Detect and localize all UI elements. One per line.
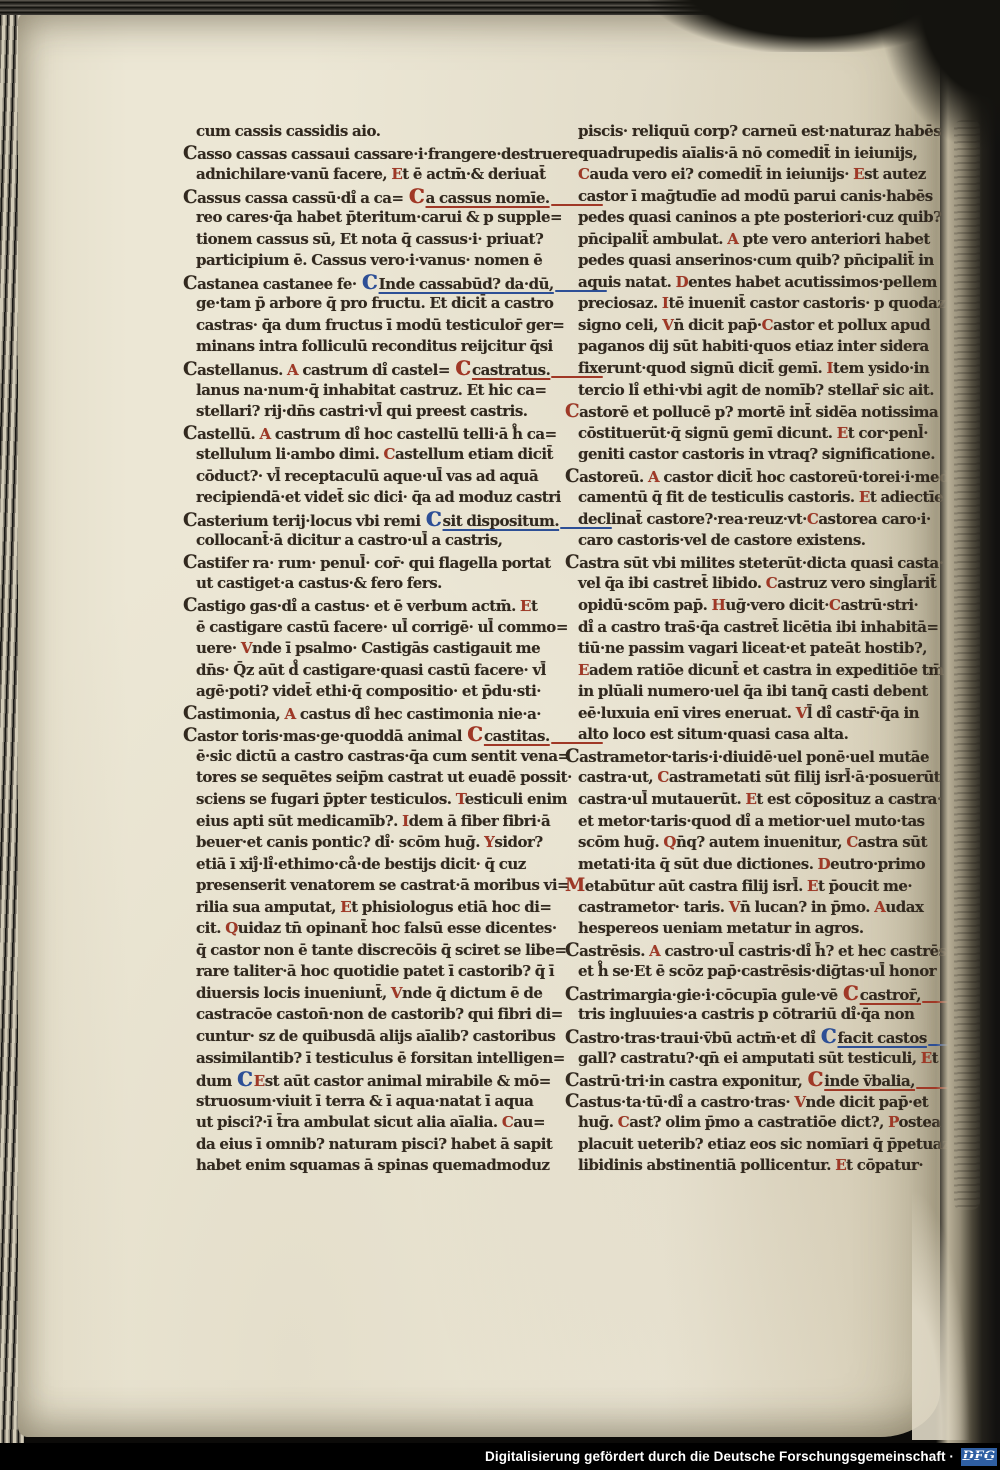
rubricated-phrase: castratus.	[472, 361, 550, 379]
rubricated-letter: C	[657, 768, 668, 786]
text-line: reo cares·q̄a habet p̄teritum·carui & p …	[183, 207, 535, 229]
text-line: castra·ul̄ mutauerūt. Et est cōposituz a…	[565, 789, 917, 811]
rubricated-letter: C	[762, 316, 773, 334]
text-line: agē·poti? videt̄ ethi·q̄ compositio· et …	[183, 681, 535, 703]
digitization-caption-bar: Digitalisierung gefördert durch die Deut…	[0, 1443, 1000, 1470]
rubricated-letter: A	[649, 942, 660, 960]
rubricated-letter: I	[827, 359, 834, 377]
text-line: Metabūtur aūt castra filij isrl̄. Et p̄o…	[565, 875, 917, 897]
text-line: dn̄s· Q̄z aūt d̊ castigare·quasi castū f…	[183, 660, 535, 682]
text-line: pedes quasi caninos a pte posteriori·cuz…	[565, 207, 917, 229]
rubricated-letter: E	[578, 661, 589, 679]
text-line: Castigo gas·di̊ a castus· et ē verbum ac…	[183, 595, 535, 617]
text-line: tris ingluuies·a castris p cōtrariū di̊·…	[565, 1004, 917, 1026]
text-line: lanus na·num·q̄ inhabitat castruz. Et hi…	[183, 380, 535, 402]
text-line: aquis natat. Dentes habet acutissimos·pe…	[565, 272, 917, 294]
rubricated-letter: V	[794, 1093, 805, 1111]
text-line: tionem cassus sū, Et nota q̄ cassus·i· p…	[183, 229, 535, 251]
adjacent-page-text-edge	[954, 120, 980, 1211]
rubricated-phrase: castitas.	[484, 727, 550, 745]
text-line: paganos dij sūt habiti·quos etiaz inter …	[565, 336, 917, 358]
rubricated-letter: E	[340, 898, 351, 916]
text-line: piscis· reliquū corp? carneū est·naturaz…	[565, 121, 917, 143]
rubricated-letter: P	[888, 1113, 898, 1131]
text-line: Casso cassas cassaui cassare·i·frangere·…	[183, 143, 535, 165]
text-line: Castor toris·mas·ge·quoddā animal Ccasti…	[183, 724, 535, 746]
rubricated-letter: C	[846, 833, 857, 851]
text-line: Castro·tras·traui·v̄bū actm̄·et di̊ Cfac…	[565, 1026, 917, 1048]
text-line: assimilantib? ī testiculus ē forsitan in…	[183, 1048, 535, 1070]
text-line: cōstituerūt·q̄ signū gemī dicunt. Et cor…	[565, 423, 917, 445]
rubricated-letter: V	[729, 898, 740, 916]
rubricated-letter: Q	[663, 833, 676, 851]
dfg-logo-label: DFG	[962, 1449, 995, 1464]
text-line: libidinis abstinentiā pollicentur. Et cō…	[565, 1155, 917, 1177]
text-line: Castellanus. A castrum di̊ castel= Ccast…	[183, 358, 535, 380]
rubric-paragraph-mark: C	[362, 271, 377, 294]
text-column-right: piscis· reliquū corp? carneū est·naturaz…	[565, 121, 917, 1177]
text-line: Castifer ra· rum· penul̄· cor̄· qui flag…	[183, 552, 535, 574]
rubric-paragraph-mark: C	[843, 982, 858, 1005]
rubricated-letter: A	[285, 705, 296, 723]
text-line: cōduct?· vl̄ receptaculū aque·ul̄ vas ad…	[183, 466, 535, 488]
rubricated-letter: E	[745, 790, 756, 808]
text-line: cit. Quidaz tn̄ opinant̄ hoc falsū esse …	[183, 918, 535, 940]
digitization-caption: Digitalisierung gefördert durch die Deut…	[485, 1449, 954, 1464]
text-line: caro castoris·vel de castore existens.	[565, 530, 917, 552]
text-line: rare taliter·ā hoc quotidie patet ī cast…	[183, 961, 535, 983]
text-line: hespereos ueniam metatur in agros.	[565, 918, 917, 940]
rubricated-letter: E	[391, 165, 402, 183]
text-line: Castrimargia·gie·i·cōcupīa gule·vē Ccast…	[565, 983, 917, 1005]
text-line: struosum·viuit ī terra & ī aqua·natat ī …	[183, 1091, 535, 1113]
text-line: Castus·ta·tū·di̊ a castro·tras· Vnde dic…	[565, 1091, 917, 1113]
text-line: castrametor· taris. Vn̄ lucan? in p̄mo. …	[565, 897, 917, 919]
text-line: stellulum li·ambo dimi. Castellum etiam …	[183, 444, 535, 466]
rubricated-letter: V	[391, 984, 402, 1002]
text-line: etiā ī xij̊·li̊·ethimo·cå·de bestijs dic…	[183, 854, 535, 876]
text-line: et metor·taris·quod di̊ a metior·uel mut…	[565, 811, 917, 833]
text-line: tercio li̊ ethi·vbi agit de nomīb? stell…	[565, 380, 917, 402]
rubricated-letter: V	[241, 639, 252, 657]
rubric-paragraph-mark: C	[237, 1068, 252, 1091]
text-line: uere· Vnde ī psalmo· Castigās castigauit…	[183, 638, 535, 660]
rubricated-letter: E	[807, 877, 818, 895]
rubricated-letter: C	[807, 510, 818, 528]
rubricated-phrase: a cassus nomīe.	[426, 189, 550, 207]
text-line: recipiendā·et videt̄ sic dici· q̄a ad mo…	[183, 487, 535, 509]
text-line: in plūali numero·uel q̄a ibi tanq̄ casti…	[565, 681, 917, 703]
text-line: presenserit venatorem se castrat·ā morib…	[183, 875, 535, 897]
text-line: diuersis locis inueniunt̄, Vnde q̄ dictu…	[183, 983, 535, 1005]
rubricated-phrase: sit dispositum.	[443, 512, 560, 530]
text-line: et h̊ se·Et ē scōz pap̄·castrēsis·diḡtas…	[565, 961, 917, 983]
text-line: ut pisci?·ī t̄ra ambulat sicut alia aīal…	[183, 1112, 535, 1134]
rubricated-letter: E	[835, 1156, 846, 1174]
rubricated-letter: A	[287, 361, 298, 379]
rubricated-letter: M	[565, 877, 585, 895]
text-line: ē castigare castū facere· ul̄ corrigē· u…	[183, 617, 535, 639]
text-line: vel q̄a ibi castret̄ libido. Castruz ver…	[565, 573, 917, 595]
rubric-paragraph-mark: C	[808, 1068, 823, 1091]
rubricated-phrase: Inde cassabūd? da·dū,	[379, 275, 554, 293]
rubric-paragraph-mark: C	[455, 357, 470, 380]
rubricated-letter: C	[502, 1113, 513, 1131]
text-line: Eadem ratiōe dicunt̄ et castra in expedi…	[565, 660, 917, 682]
text-line: quadrupedis aīalis·ā nō comedit̄ in ieiu…	[565, 143, 917, 165]
text-line: ut castiget·a castus·& fero fers.	[183, 573, 535, 595]
text-line: ge·tam p̄ arbore q̄ pro fructu. Et dicit…	[183, 293, 535, 315]
rubricated-letter: D	[676, 273, 689, 291]
text-line: participium ē. Cassus vero·i·vanus· nome…	[183, 250, 535, 272]
rubricated-letter: C	[618, 1113, 629, 1131]
rubricated-letter: C	[384, 445, 395, 463]
rubricated-letter: Q	[225, 919, 238, 937]
text-line: di̊ a castro tras̄·q̄a castret̄ licētia …	[565, 617, 917, 639]
rubric-paragraph-mark: C	[409, 185, 424, 208]
text-line: Castellū. A castrum di̊ hoc castellū tel…	[183, 423, 535, 445]
digitized-book-photograph: cum cassis cassidis aio.Casso cassas cas…	[0, 0, 1000, 1470]
rubricated-letter: A	[648, 468, 659, 486]
rubricated-letter: V	[796, 704, 807, 722]
text-line: Castrēsis. A castro·ul̄ castris·di̊ h̄? …	[565, 940, 917, 962]
rubricated-letter: T	[456, 790, 465, 808]
text-line: cum cassis cassidis aio.	[183, 121, 535, 143]
text-line: castras· q̄a dum fructus ī modū testicul…	[183, 315, 535, 337]
text-line: huḡ. Cast? olim p̄mo a castratiōe dict?,…	[565, 1112, 917, 1134]
gutter-top-shadow	[880, 0, 1000, 150]
rubricated-letter: D	[818, 855, 831, 873]
dfg-logo: DFG	[961, 1448, 997, 1466]
rubric-paragraph-mark: C	[467, 723, 482, 746]
text-line: Castorē et pollucē p? mortē int̄ sidēa n…	[565, 401, 917, 423]
text-line: Castoreū. A castor dicit̄ hoc castoreū·t…	[565, 466, 917, 488]
rubricated-letter: C	[829, 596, 840, 614]
rubricated-letter: Y	[484, 833, 494, 851]
text-line: Castra sūt vbi milites steterūt·dicta qu…	[565, 552, 917, 574]
text-line: adnichilare·vanū facere, Et ē actm̄·& de…	[183, 164, 535, 186]
rubricated-letter: A	[259, 425, 270, 443]
rubricated-phrase: castror̄,	[860, 986, 921, 1004]
text-line: eius apti sūt medicamīb?. Idem ā fiber f…	[183, 811, 535, 833]
rubricated-letter: A	[874, 898, 885, 916]
text-line: Castrū·tri·in castra exponitur, Cinde v̄…	[565, 1069, 917, 1091]
text-line: sciens se fugari p̄pter testiculos. Test…	[183, 789, 535, 811]
text-line: Castanea castanee fe· CInde cassabūd? da…	[183, 272, 535, 294]
text-line: Castimonia, A castus di̊ hec castimonia …	[183, 703, 535, 725]
text-line: camentū q̄ fit de testiculis castoris. E…	[565, 487, 917, 509]
text-line: rilia sua amputat, Et phisiologus etiā h…	[183, 897, 535, 919]
text-line: minans intra folliculū reconditus reijci…	[183, 336, 535, 358]
text-line: placuit ueterib? etiaz eos sic nomīari q…	[565, 1134, 917, 1156]
text-line: fixerunt·quod signū dicit̄ gemī. Item ys…	[565, 358, 917, 380]
text-line: pedes quasi anserinos·cum quib? pn̄cipal…	[565, 250, 917, 272]
text-line: preciosaz. Itē inuenit̄ castor castoris·…	[565, 293, 917, 315]
rubricated-letter: H	[712, 596, 726, 614]
text-column-left: cum cassis cassidis aio.Casso cassas cas…	[183, 121, 535, 1177]
text-line: gall? castratu?·qn̄ ei amputati sūt test…	[565, 1048, 917, 1070]
text-line: castor ī maḡtudīe ad modū parui canis·ha…	[565, 186, 917, 208]
rubricated-letter: C	[578, 165, 589, 183]
text-line: stellari? rij·dn̄s castri·vl̄ qui preest…	[183, 401, 535, 423]
rubricated-letter: I	[662, 294, 669, 312]
rubricated-letter: I	[402, 812, 409, 830]
rubricated-phrase: facit castos	[837, 1029, 926, 1047]
rubric-paragraph-mark: C	[821, 1025, 836, 1048]
text-line: metati·ita q̄ sūt due dictiones. Deutro·…	[565, 854, 917, 876]
text-line: q̄ castor non ē tante discrecōis q̄ scir…	[183, 940, 535, 962]
rubricated-letter: A	[727, 230, 738, 248]
text-line: Cauda vero ei? comedit̄ in ieiunijs· Est…	[565, 164, 917, 186]
text-line: tiū·ne passim vagari liceat·et pateāt ho…	[565, 638, 917, 660]
text-line: cuntur· sz de quibusdā alijs aīalib? cas…	[183, 1026, 535, 1048]
rubricated-letter: E	[520, 597, 531, 615]
text-line: opidū·scōm pap̄. Huḡ·vero dicit·Castrū·s…	[565, 595, 917, 617]
text-line: habet enim squamas ā spinas quemadmoduz	[183, 1155, 535, 1177]
rubricated-letter: E	[921, 1049, 932, 1067]
rubricated-letter: C	[766, 574, 777, 592]
text-line: ē·sic dictū a castro castras·q̄a cum sen…	[183, 746, 535, 768]
rubricated-letter: E	[859, 488, 870, 506]
text-line: Castrametor·taris·i·diuidē·uel ponē·uel …	[565, 746, 917, 768]
text-line: scōm huḡ. Qn̄q? autem inuenitur, Castra …	[565, 832, 917, 854]
rubricated-phrase: inde v̄balia,	[824, 1072, 915, 1090]
text-line: dum CEst aūt castor animal mirabile & mō…	[183, 1069, 535, 1091]
text-line: da eius ī omnib? naturam pisci? habet ā …	[183, 1134, 535, 1156]
text-line: tores se sequētes seip̄m castrat ut euad…	[183, 767, 535, 789]
text-line: eē·luxuia enī vires eneruat. Vl̄ di̊ cas…	[565, 703, 917, 725]
rubric-paragraph-mark: C	[426, 508, 441, 531]
text-line: beuer·et canis pontic? di̊· scōm huḡ. Ys…	[183, 832, 535, 854]
text-line: castracōe caston̄·non de castorib? qui f…	[183, 1004, 535, 1026]
rubricated-letter: V	[662, 316, 673, 334]
rubricated-letter: E	[254, 1072, 265, 1090]
text-line: alto loco est situm·quasi casa alta.	[565, 724, 917, 746]
rubricated-letter: E	[853, 165, 864, 183]
text-line: collocant̄·ā dicitur a castro·ul̄ a cast…	[183, 530, 535, 552]
text-line: signo celi, Vn̄ dicit pap̄·Castor et pol…	[565, 315, 917, 337]
rubricated-letter: C	[565, 403, 579, 421]
rubricated-letter: E	[837, 424, 848, 442]
gutter-page-curve	[912, 1180, 972, 1440]
text-line: Casterium terij·locus vbi remi Csit disp…	[183, 509, 535, 531]
manuscript-page: cum cassis cassidis aio.Casso cassas cas…	[18, 13, 940, 1437]
text-line: pn̄cipalit̄ ambulat. A pte vero anterior…	[565, 229, 917, 251]
text-line: geniti castor castoris in vtraq? signifi…	[565, 444, 917, 466]
text-line: declinat̄ castore?·rea·reuz·vt·Castorea …	[565, 509, 917, 531]
text-line: castra·ut, Castrametati sūt filij isrl̄·…	[565, 767, 917, 789]
text-line: Cassus cassa cassū·di̊ a ca= Ca cassus n…	[183, 186, 535, 208]
